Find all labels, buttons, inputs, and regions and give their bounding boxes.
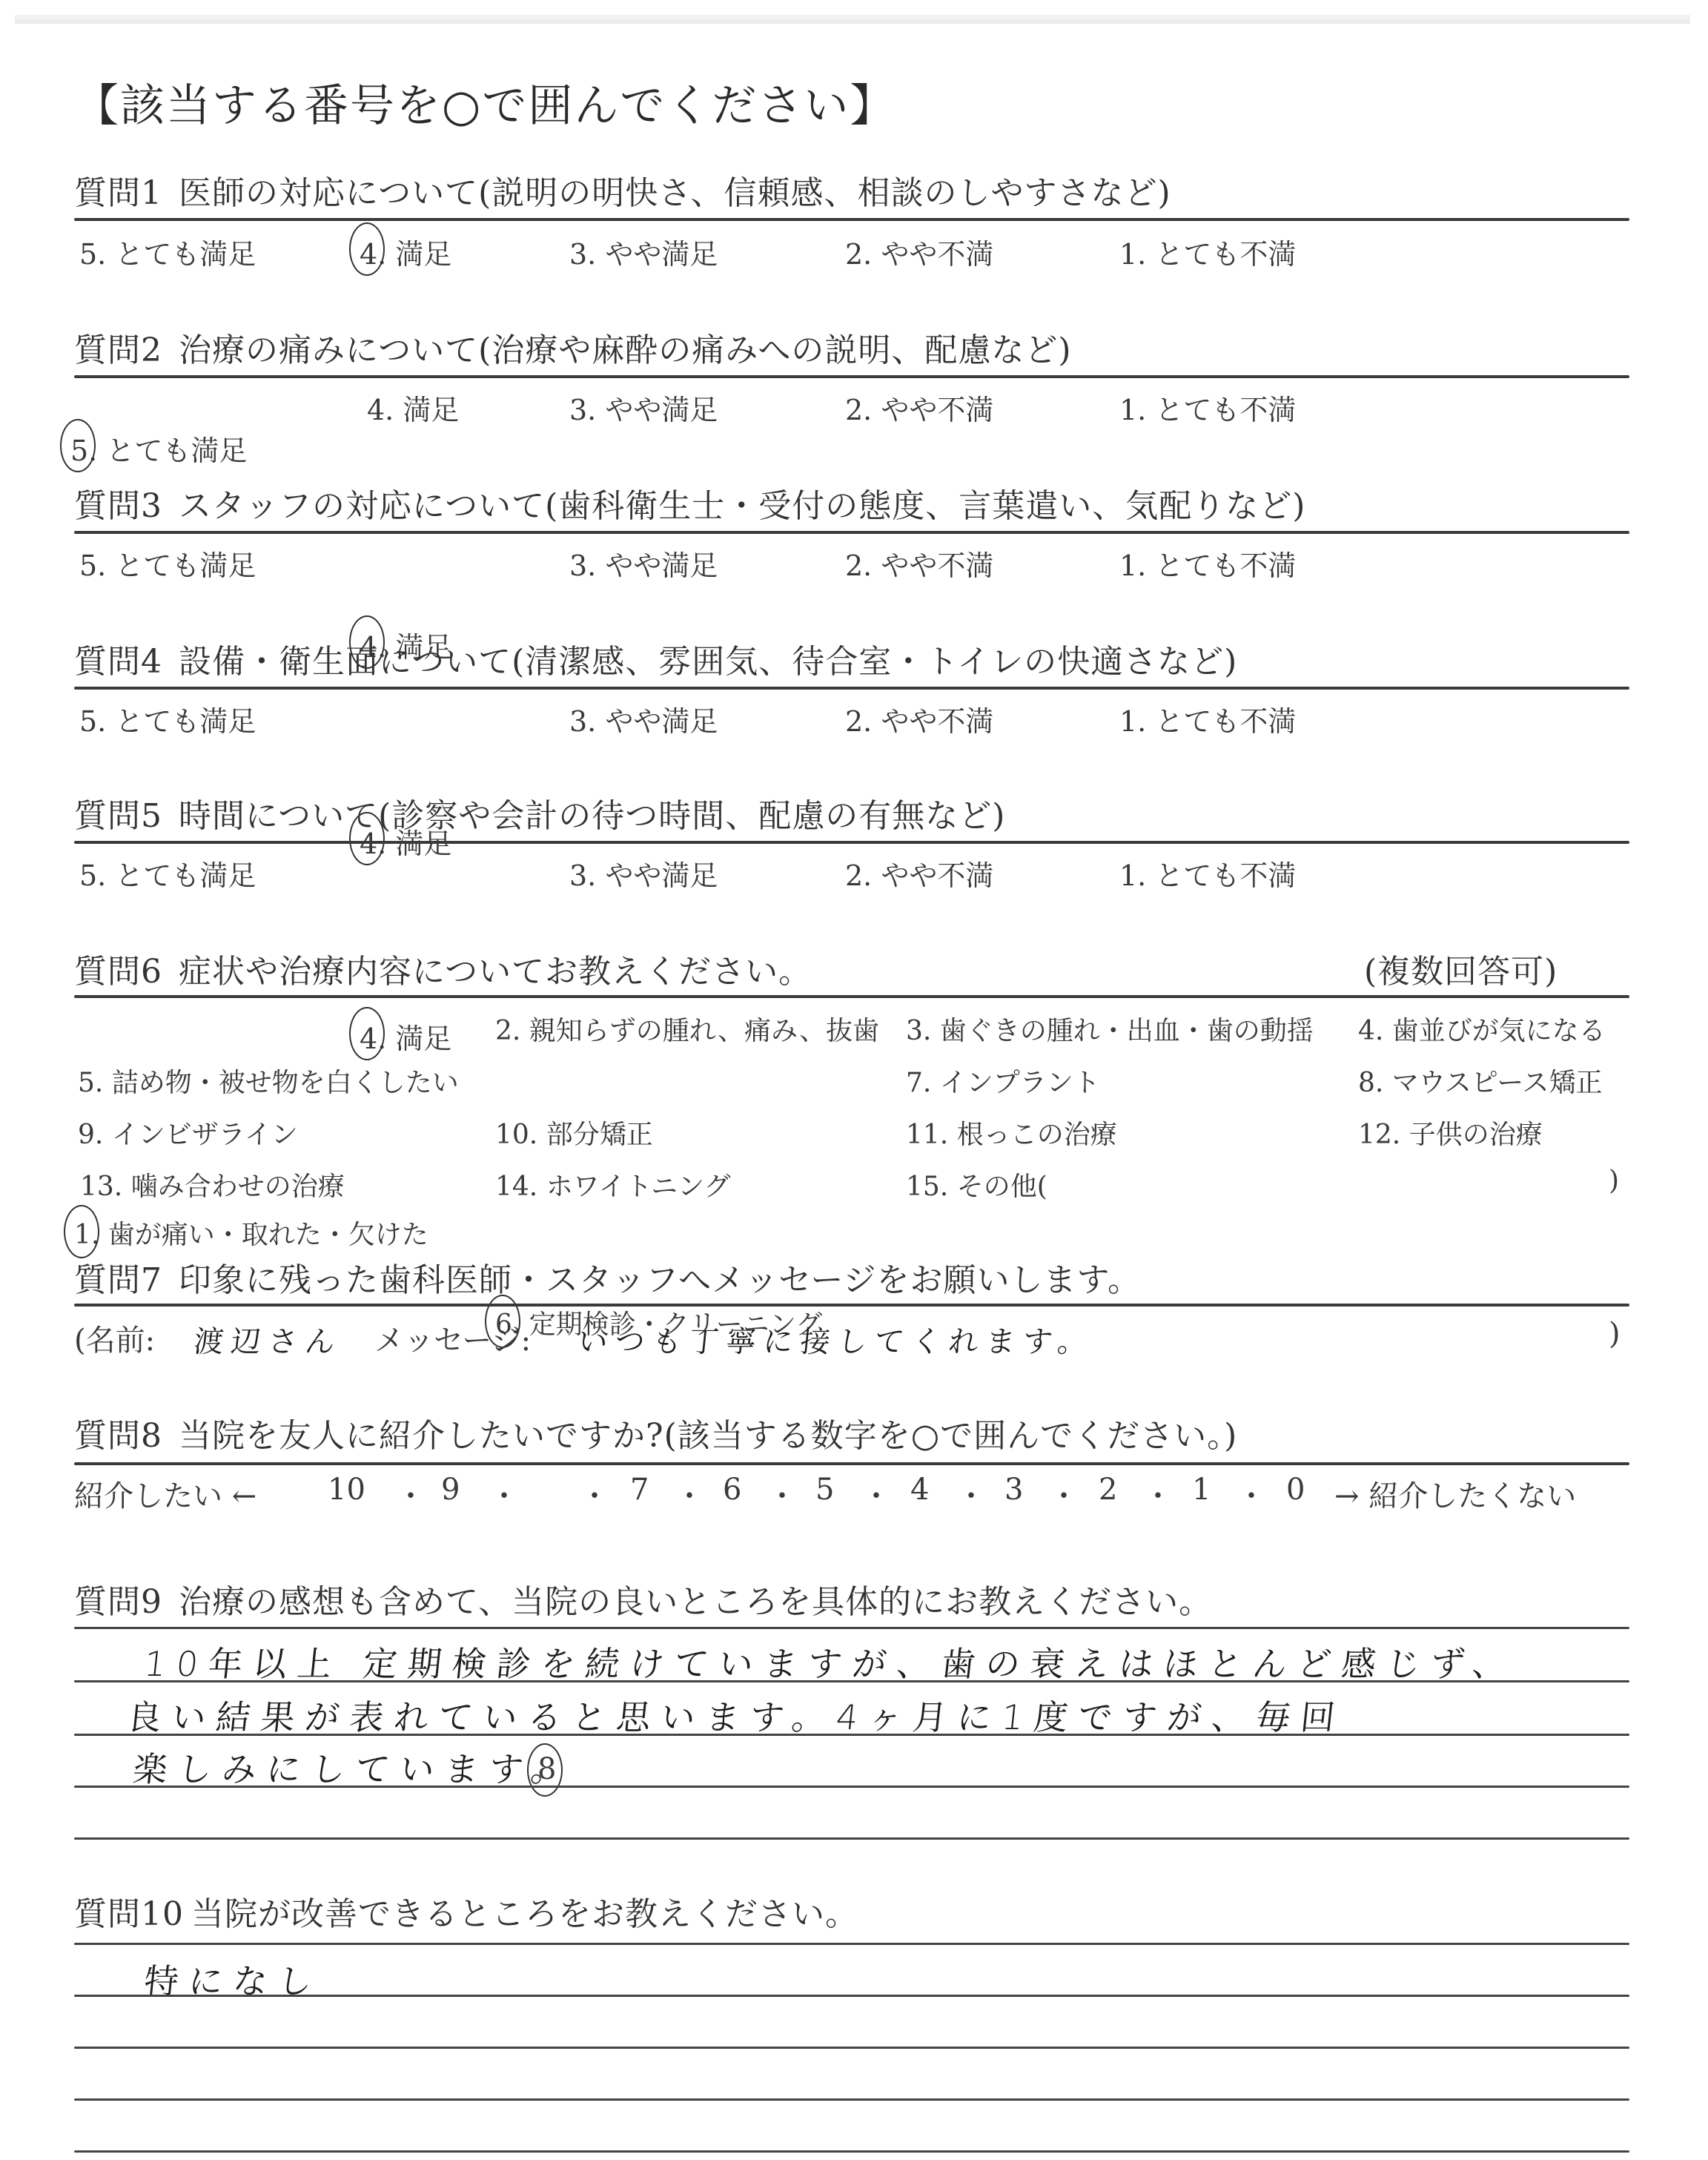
message-label: メッセージ: [374, 1317, 531, 1359]
q5-option-2[interactable]: 2. やや不満 [845, 853, 993, 894]
q6-option-7[interactable]: 7. インプラント [906, 1062, 1100, 1100]
question-9-title: 質問9治療の感想も含めて、当院の良いところを具体的にお教えください。 [74, 1575, 1212, 1622]
name-label: (名前: [74, 1317, 155, 1359]
q6-option-3[interactable]: 3. 歯ぐきの腫れ・出血・歯の動揺 [906, 1010, 1314, 1048]
q4-option-5[interactable]: 5. とても満足 [79, 698, 256, 739]
recommend-right-label: → 紹介したくない [1334, 1473, 1576, 1515]
q2-option-3[interactable]: 3. やや満足 [569, 387, 718, 428]
scale-3[interactable]: 3 [1004, 1473, 1023, 1507]
question-3-title: 質問3スタッフの対応について(歯科衛生士・受付の態度、言葉遣い、気配りなど) [74, 479, 1305, 526]
question-text: 治療の痛みについて(治療や麻酔の痛みへの説明、配慮など) [179, 331, 1072, 369]
divider [74, 531, 1629, 534]
q9-answer-line-2[interactable]: 良い結果が表れていると思います。4ヶ月に1度ですが、毎回 [125, 1691, 1348, 1740]
scale-5[interactable]: 5 [815, 1473, 834, 1507]
scale-8-selected[interactable]: 8 [537, 1752, 1708, 1786]
q2-option-4[interactable]: 4. 満足 [367, 387, 459, 428]
question-4-title: 質問4設備・衛生面について(清潔感、雰囲気、待合室・トイレの快適さなど) [74, 635, 1237, 682]
question-text: 設備・衛生面について(清潔感、雰囲気、待合室・トイレの快適さなど) [179, 643, 1237, 681]
recommend-left-label: 紹介したい ← [74, 1473, 256, 1515]
q6-option-2[interactable]: 2. 親知らずの腫れ、痛み、抜歯 [495, 1010, 879, 1048]
q9-answer-line-3[interactable]: 楽しみにしています。 [131, 1743, 578, 1791]
scale-dot: ・ [1049, 1473, 1079, 1515]
q9-answer-line-1[interactable]: 10年以上 定期検診を続けていますが、歯の衰えはほとんど感じず、 [142, 1637, 1520, 1686]
question-7-title: 質問7印象に残った歯科医師・スタッフへメッセージをお願いします。 [74, 1253, 1141, 1301]
answer-line [74, 2150, 1629, 2153]
q3-option-3[interactable]: 3. やや満足 [569, 543, 718, 584]
scale-dot: ・ [1143, 1473, 1173, 1515]
answer-line [74, 2098, 1629, 2101]
answer-line [74, 1680, 1629, 1682]
scale-dot: ・ [396, 1473, 426, 1515]
answer-line [74, 1627, 1629, 1629]
q1-option-2[interactable]: 2. やや不満 [845, 231, 993, 272]
question-number: 質問4 [74, 643, 162, 681]
scan-edge [15, 15, 1690, 24]
q3-option-1[interactable]: 1. とても不満 [1119, 543, 1296, 584]
scale-dot: ・ [675, 1473, 704, 1515]
scale-dot: ・ [580, 1473, 609, 1515]
q2-option-1[interactable]: 1. とても不満 [1119, 387, 1296, 428]
q5-option-1[interactable]: 1. とても不満 [1119, 853, 1296, 894]
question-6-title: 質問6症状や治療内容についてお教えください。 [74, 945, 812, 992]
divider [74, 218, 1629, 221]
question-number: 質問9 [74, 1583, 162, 1621]
question-text: 治療の感想も含めて、当院の良いところを具体的にお教えください。 [179, 1583, 1212, 1621]
scale-dot: ・ [861, 1473, 891, 1515]
scale-9[interactable]: 9 [441, 1473, 460, 1507]
question-1-title: 質問1医師の対応について(説明の明快さ、信頼感、相談のしやすさなど) [74, 166, 1171, 214]
answer-line [74, 1786, 1629, 1788]
q6-option-10[interactable]: 10. 部分矯正 [495, 1114, 653, 1152]
question-text: 医師の対応について(説明の明快さ、信頼感、相談のしやすさなど) [179, 174, 1171, 212]
q6-option-1-selected[interactable]: 1. 歯が痛い・取れた・欠けた [74, 1214, 1708, 1252]
q1-option-3[interactable]: 3. やや満足 [569, 231, 718, 272]
question-number: 質問10 [74, 1895, 184, 1933]
scale-7[interactable]: 7 [630, 1473, 649, 1507]
question-8-title: 質問8当院を友人に紹介したいですか?(該当する数字を○で囲んでください。) [74, 1409, 1237, 1456]
q1-option-1[interactable]: 1. とても不満 [1119, 231, 1296, 272]
question-text: 当院を友人に紹介したいですか?(該当する数字を○で囲んでください。) [179, 1417, 1237, 1455]
question-2-title: 質問2治療の痛みについて(治療や麻酔の痛みへの説明、配慮など) [74, 323, 1072, 371]
divider [74, 1304, 1629, 1307]
page-title: 【該当する番号を○で囲んでください】 [74, 70, 896, 134]
answer-line [74, 1837, 1629, 1840]
divider [74, 687, 1629, 690]
q6-option-12[interactable]: 12. 子供の治療 [1358, 1114, 1543, 1152]
question-number: 質問5 [74, 797, 162, 835]
q6-option-8[interactable]: 8. マウスピース矯正 [1358, 1062, 1602, 1100]
q6-option-14[interactable]: 14. ホワイトニング [495, 1166, 730, 1203]
scale-10[interactable]: 10 [328, 1473, 365, 1507]
q6-option-5[interactable]: 5. 詰め物・被せ物を白くしたい [78, 1062, 459, 1100]
scale-0[interactable]: 0 [1286, 1473, 1305, 1507]
multiple-answer-note: (複数回答可) [1364, 945, 1558, 992]
divider [74, 375, 1629, 378]
question-text: スタッフの対応について(歯科衛生士・受付の態度、言葉遣い、気配りなど) [179, 487, 1305, 525]
scale-dot: ・ [767, 1473, 797, 1515]
question-number: 質問2 [74, 331, 162, 369]
scale-dot: ・ [1237, 1473, 1266, 1515]
message-field[interactable]: いつも丁寧に接してくれます。 [576, 1318, 1097, 1361]
scale-dot: ・ [489, 1473, 519, 1515]
scale-4[interactable]: 4 [910, 1473, 929, 1507]
q4-option-1[interactable]: 1. とても不満 [1119, 698, 1296, 739]
q6-other-close-paren: ) [1609, 1166, 1619, 1196]
q3-option-2[interactable]: 2. やや不満 [845, 543, 993, 584]
q6-option-4[interactable]: 4. 歯並びが気になる [1358, 1010, 1606, 1048]
q1-option-4-selected[interactable]: 4. 満足 [360, 231, 1708, 272]
answer-line [74, 1734, 1629, 1736]
question-number: 質問1 [74, 174, 162, 212]
question-5-title: 質問5時間について(診察や会計の待つ時間、配慮の有無など) [74, 789, 1005, 836]
q1-option-5[interactable]: 5. とても満足 [79, 231, 256, 272]
q3-option-5[interactable]: 5. とても満足 [79, 543, 256, 584]
q2-option-2[interactable]: 2. やや不満 [845, 387, 993, 428]
q6-option-9[interactable]: 9. インビザライン [78, 1114, 298, 1152]
question-text: 症状や治療内容についてお教えください。 [179, 953, 812, 991]
question-number: 質問6 [74, 953, 162, 991]
scale-2[interactable]: 2 [1099, 1473, 1117, 1507]
q5-option-3[interactable]: 3. やや満足 [569, 853, 718, 894]
q6-option-13[interactable]: 13. 噛み合わせの治療 [80, 1166, 345, 1203]
answer-line [74, 1995, 1629, 1997]
question-10-title: 質問10当院が改善できるところをお教えください。 [74, 1887, 858, 1935]
question-text: 時間について(診察や会計の待つ時間、配慮の有無など) [179, 797, 1005, 835]
answer-line [74, 2047, 1629, 2049]
close-paren: ) [1609, 1317, 1621, 1351]
question-number: 質問7 [74, 1261, 162, 1299]
divider [74, 1462, 1629, 1465]
q6-option-15-other[interactable]: 15. その他( [906, 1166, 1047, 1203]
scale-dot: ・ [956, 1473, 986, 1515]
q4-option-3[interactable]: 3. やや満足 [569, 698, 718, 739]
divider [74, 995, 1629, 998]
q4-option-2[interactable]: 2. やや不満 [845, 698, 993, 739]
divider [74, 841, 1629, 844]
question-number: 質問3 [74, 487, 162, 525]
answer-line [74, 1943, 1629, 1945]
question-number: 質問8 [74, 1417, 162, 1455]
scale-6[interactable]: 6 [723, 1473, 741, 1507]
q5-option-5[interactable]: 5. とても満足 [79, 853, 256, 894]
name-field[interactable]: 渡辺さん [192, 1318, 345, 1361]
q6-option-11[interactable]: 11. 根っこの治療 [906, 1114, 1117, 1152]
scale-1[interactable]: 1 [1192, 1473, 1211, 1507]
q2-option-5-selected[interactable]: 5. とても満足 [70, 428, 1708, 469]
question-text: 当院が改善できるところをお教えください。 [191, 1895, 858, 1933]
question-text: 印象に残った歯科医師・スタッフへメッセージをお願いします。 [179, 1261, 1141, 1299]
